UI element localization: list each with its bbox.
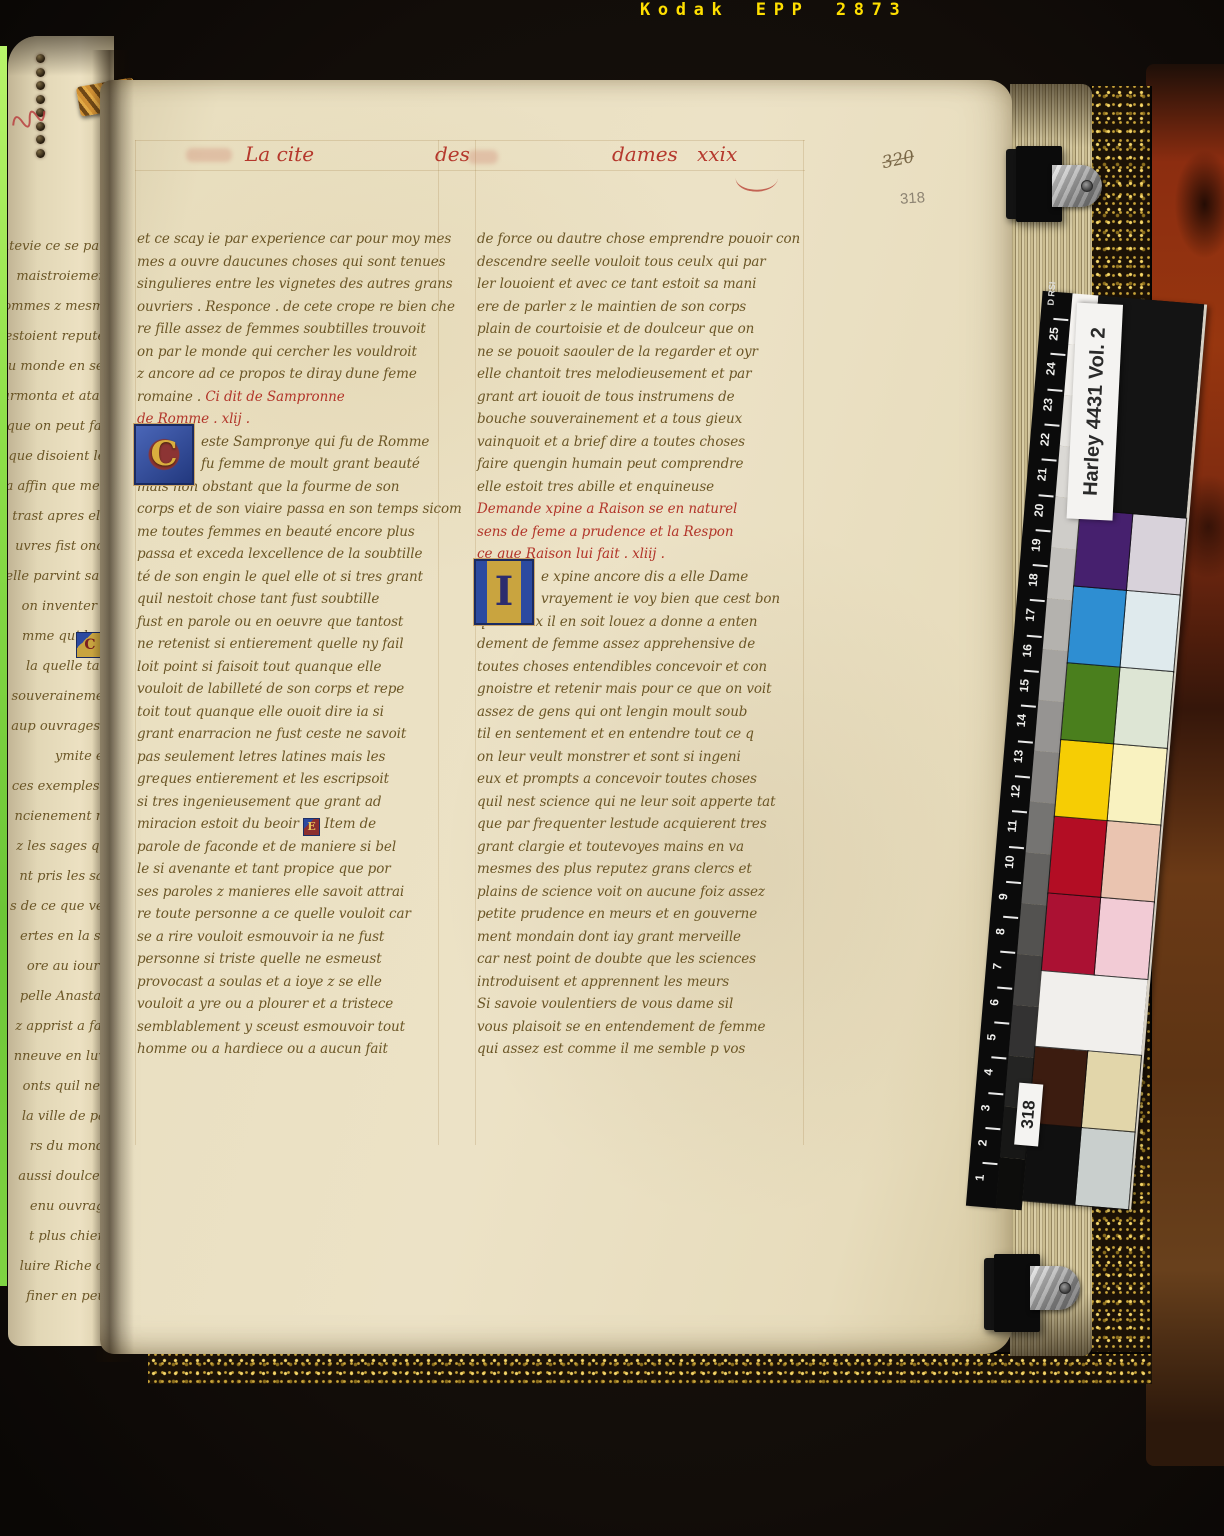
column1-line: le si avenante et tant propice que por bbox=[137, 858, 457, 881]
body-text: faire quengin humain peut comprendre bbox=[477, 456, 743, 472]
column2-line: car nest point de doubte que les science… bbox=[477, 948, 807, 971]
column1-line: ses paroles z manieres elle savoit attra… bbox=[137, 881, 457, 904]
body-text: eux et prompts a concevoir toutes choses bbox=[477, 771, 757, 787]
text-column-2: de force ou dautre chose emprendre pouoi… bbox=[477, 228, 807, 1061]
ruler-number: 14 bbox=[1014, 714, 1029, 728]
body-text: ne retenist si entierement quelle ny fai… bbox=[137, 636, 404, 652]
ruler-number: 16 bbox=[1020, 643, 1035, 657]
column2-line: on leur veult monstrer et sont si ingeni bbox=[477, 746, 807, 769]
patch-purple-saturated bbox=[1074, 510, 1133, 591]
ruler-tick bbox=[1006, 881, 1021, 884]
column1-line: homme ou a hardiece ou a aucun fait bbox=[137, 1038, 457, 1061]
body-text: petite prudence en meurs et en gouverne bbox=[477, 906, 757, 922]
body-text: personne si triste quelle ne esmeust bbox=[137, 951, 382, 967]
ruler-mark: 21 bbox=[1026, 457, 1059, 494]
body-text: se a rire vouloit esmouvoir ia ne fust bbox=[137, 929, 384, 945]
clip-metal-jaw bbox=[1052, 165, 1102, 207]
ruler-mark: 3 bbox=[973, 1091, 1006, 1128]
column2-line: ment mondain dont iay grant merveille bbox=[477, 926, 807, 949]
body-text: ouvriers . Responce . de cete crope re b… bbox=[137, 299, 455, 315]
column1-line: se a rire vouloit esmouvoir ia ne fust bbox=[137, 926, 457, 949]
column1-line: vouloit de labilleté de son corps et rep… bbox=[137, 678, 457, 701]
ruler-number: 21 bbox=[1034, 467, 1049, 481]
patch-magenta-saturated bbox=[1042, 893, 1101, 974]
facing-page-line: mtevie ce se pars bbox=[8, 232, 112, 262]
sewing-hole bbox=[36, 149, 45, 158]
body-text: pas seulement letres latines mais les bbox=[137, 749, 385, 765]
column1-line: grant enarracion ne fust ceste ne savoit bbox=[137, 723, 457, 746]
facing-page-line: trast apres elle bbox=[8, 502, 112, 532]
ruler-mark: 19 bbox=[1020, 528, 1053, 565]
ruler-tick bbox=[1027, 634, 1042, 637]
column1-line: re toute personne a ce quelle vouloit ca… bbox=[137, 903, 457, 926]
gray-step bbox=[996, 1157, 1026, 1210]
column2-line: mesmes des plus reputez grans clercs et bbox=[477, 858, 807, 881]
ruler-tick bbox=[1024, 670, 1039, 673]
column1-line: z ancore ad ce propos te diray dune feme bbox=[137, 363, 457, 386]
facing-page-text: mtevie ce se parsmaistroiementommes z me… bbox=[8, 232, 112, 1312]
body-text: vrayement ie voy bien que cest bon bbox=[541, 591, 780, 607]
column1-line: et ce scay ie par experience car pour mo… bbox=[137, 228, 457, 251]
column2-line: elle chantoit tres melodieusement et par bbox=[477, 363, 807, 386]
ruler-tick bbox=[1000, 951, 1015, 954]
folio-number-struck-out: 320 bbox=[880, 147, 916, 173]
facing-page-line: ertes en la sci bbox=[8, 922, 112, 952]
facing-page-line: ore au iour d bbox=[8, 952, 112, 982]
rubric-text: Demande xpine a Raison se en naturel bbox=[477, 501, 737, 517]
column1-line: semblablement y sceust esmouvoir tout bbox=[137, 1016, 457, 1039]
ruler-mark: 4 bbox=[976, 1055, 1009, 1092]
column2-line: qui assez est comme il me semble p vos bbox=[477, 1038, 807, 1061]
column1-line: toit tout quanque elle ouoit dire ia si bbox=[137, 701, 457, 724]
body-text: si tres ingenieusement que grant ad bbox=[137, 794, 381, 810]
ghost-offset-text bbox=[186, 148, 232, 162]
ruler-mark: 6 bbox=[981, 985, 1014, 1022]
ruler-mark: 23 bbox=[1032, 387, 1065, 424]
body-text: vouloit de labilleté de son corps et rep… bbox=[137, 681, 404, 697]
body-text: plain de courtoisie et de doulceur que o… bbox=[477, 321, 754, 337]
ruler-mark: 18 bbox=[1017, 563, 1050, 600]
facing-page-line: es du monde en sen bbox=[8, 352, 112, 382]
patch-row-black-gray bbox=[1023, 1124, 1135, 1210]
ruler-tick bbox=[991, 1057, 1006, 1060]
ruler-number: 10 bbox=[1002, 854, 1017, 868]
body-text: greques entierement et les escripsoit bbox=[137, 771, 389, 787]
ruler-number: 6 bbox=[987, 998, 1002, 1006]
column1-line: provocast a soulas et a ioye z se elle bbox=[137, 971, 457, 994]
illuminated-initial-I: I bbox=[474, 559, 534, 625]
ruler-tick bbox=[1041, 459, 1056, 462]
ruler-number: 4 bbox=[981, 1068, 996, 1076]
ruler-number: 3 bbox=[978, 1104, 993, 1112]
facing-page-line: ommes z mesme bbox=[8, 292, 112, 322]
ruling-line bbox=[475, 140, 476, 1145]
column1-line: si tres ingenieusement que grant ad bbox=[137, 791, 457, 814]
ruler-mark: 17 bbox=[1014, 598, 1047, 635]
column2-line: petite prudence en meurs et en gouverne bbox=[477, 903, 807, 926]
column1-line: fust en parole ou en oeuvre que tantost bbox=[137, 611, 457, 634]
patch-blue-pale bbox=[1120, 591, 1179, 672]
body-text: mesmes des plus reputez grans clercs et bbox=[477, 861, 752, 877]
ruler-tick bbox=[1033, 564, 1048, 567]
body-text: loit point si faisoit tout quanque elle bbox=[137, 659, 381, 675]
header-flourish bbox=[734, 161, 779, 195]
body-text: assez de gens qui ont lengin moult soub bbox=[477, 704, 747, 720]
patch-yellow-pale bbox=[1108, 744, 1167, 825]
patch-blue-saturated bbox=[1068, 586, 1127, 667]
body-text: ment mondain dont iay grant merveille bbox=[477, 929, 741, 945]
facing-page-line: z apprist a fair bbox=[8, 1012, 112, 1042]
ruler-mark: 5 bbox=[979, 1020, 1012, 1057]
clip-rivet bbox=[1081, 180, 1093, 192]
ruler-tick bbox=[1036, 529, 1051, 532]
ruler-tick bbox=[997, 986, 1012, 989]
running-header-word: dames bbox=[612, 142, 678, 166]
column1-line: passa et exceda lexcellence de la soubti… bbox=[137, 543, 457, 566]
body-text: me toutes femmes en beauté encore plus bbox=[137, 524, 415, 540]
running-header-word: xxix bbox=[697, 142, 737, 166]
body-text: til en sentement et en entendre tout ce … bbox=[477, 726, 754, 742]
ruler-tick bbox=[1018, 740, 1033, 743]
facing-page-line: maistroiement bbox=[8, 262, 112, 292]
ruler-mark: 2 bbox=[970, 1126, 1003, 1163]
body-text: té de son engin le quel elle ot si tres … bbox=[137, 569, 423, 585]
body-text: et ce scay ie par experience car pour mo… bbox=[137, 231, 451, 247]
facing-page-line: aussi doulcem bbox=[8, 1162, 112, 1192]
column2-line: de force ou dautre chose emprendre pouoi… bbox=[477, 228, 807, 251]
column1-line: pas seulement letres latines mais les bbox=[137, 746, 457, 769]
column1-line: re fille assez de femmes soubtilles trou… bbox=[137, 318, 457, 341]
patch-brown-pale bbox=[1082, 1051, 1141, 1132]
column1-line: té de son engin le quel elle ot si tres … bbox=[137, 566, 457, 589]
body-text: plains de science voit on aucune foiz as… bbox=[477, 884, 765, 900]
body-text: on leur veult monstrer et sont si ingeni bbox=[477, 749, 741, 765]
column2-line: dement de femme assez apprehensive de bbox=[477, 633, 807, 656]
column2-line: grant art iouoit de tous instrumens de bbox=[477, 386, 807, 409]
body-text: bouche souverainement et a tous gieux bbox=[477, 411, 742, 427]
body-text: le si avenante et tant propice que por bbox=[137, 861, 391, 877]
ruler-number: 12 bbox=[1008, 784, 1023, 798]
body-text: ses paroles z manieres elle savoit attra… bbox=[137, 884, 404, 900]
patch-green-pale bbox=[1114, 668, 1173, 749]
patch-row-red bbox=[1048, 817, 1160, 903]
column1-line: quil nestoit chose tant fust soubtille bbox=[137, 588, 457, 611]
facing-page-line: ta affin que mem bbox=[8, 472, 112, 502]
column2-line: assez de gens qui ont lengin moult soub bbox=[477, 701, 807, 724]
body-text: re toute personne a ce quelle vouloit ca… bbox=[137, 906, 411, 922]
patch-purple-pale bbox=[1127, 514, 1186, 595]
ruler-number: 1 bbox=[972, 1174, 987, 1182]
facing-page-line: enu ouvrage bbox=[8, 1192, 112, 1222]
ruler-mark: 15 bbox=[1008, 669, 1041, 706]
column2-line: bouche souverainement et a tous gieux bbox=[477, 408, 807, 431]
facing-page-line: la ville de par bbox=[8, 1102, 112, 1132]
folio-number-pencil: 318 bbox=[899, 189, 925, 208]
ghost-offset-text bbox=[468, 150, 498, 164]
ruler-tick bbox=[1053, 318, 1068, 321]
body-text: qui assez est comme il me semble p vos bbox=[477, 1041, 745, 1057]
body-text: elle chantoit tres melodieusement et par bbox=[477, 366, 751, 382]
ruler-mark: 7 bbox=[984, 950, 1017, 987]
body-text: provocast a soulas et a ioye z se elle bbox=[137, 974, 382, 990]
facing-page-line: onts quil nest bbox=[8, 1072, 112, 1102]
bulldog-clip-top bbox=[1006, 146, 1102, 226]
body-text: este Sampronye qui fu de Romme bbox=[201, 434, 429, 450]
body-text: parole de faconde et de maniere si bel bbox=[137, 839, 396, 855]
column1-line: loit point si faisoit tout quanque elle bbox=[137, 656, 457, 679]
column1-line: ne retenist si entierement quelle ny fai… bbox=[137, 633, 457, 656]
ruler-number: 11 bbox=[1005, 819, 1020, 833]
column2-line: sens de feme a prudence et la Respon bbox=[477, 521, 807, 544]
ruler-mark: 10 bbox=[993, 844, 1026, 881]
illuminated-initial-C: C bbox=[134, 424, 194, 485]
ruler-number: 7 bbox=[990, 963, 1005, 971]
ruler-mark: 11 bbox=[996, 809, 1029, 846]
facing-page-line: elle parvint sa fi bbox=[8, 562, 112, 592]
ruler-mark: 25 bbox=[1038, 317, 1071, 354]
body-text: quil nestoit chose tant fust soubtille bbox=[137, 591, 379, 607]
facing-page-line: que disoient les bbox=[8, 442, 112, 472]
body-text: grant enarracion ne fust ceste ne savoit bbox=[137, 726, 406, 742]
column1-line: vouloit a yre ou a plourer et a tristece bbox=[137, 993, 457, 1016]
body-text: elle estoit tres abille et enquineuse bbox=[477, 479, 714, 495]
column1-line: personne si triste quelle ne esmeust bbox=[137, 948, 457, 971]
text-column-1: et ce scay ie par experience car pour mo… bbox=[137, 228, 457, 1061]
patch-yellow-saturated bbox=[1055, 740, 1114, 821]
column2-line: quil nest science qui ne leur soit apper… bbox=[477, 791, 807, 814]
ruler-tick bbox=[1015, 775, 1030, 778]
facing-page-line: ymite en bbox=[8, 742, 112, 772]
column2-line: introduisent et apprennent les meurs bbox=[477, 971, 807, 994]
ruler-tick bbox=[1012, 810, 1027, 813]
ruler-number: 24 bbox=[1043, 362, 1058, 376]
rubric-text: Ci dit de Sampronne bbox=[205, 389, 344, 405]
patch-row-magenta bbox=[1042, 893, 1154, 979]
film-edge-green-strip bbox=[0, 46, 7, 1286]
ruler-tick bbox=[1044, 423, 1059, 426]
facing-page-line: que on peut fair bbox=[8, 412, 112, 442]
facing-page-line: nt pris les sag bbox=[8, 862, 112, 892]
ruler-number: 8 bbox=[993, 928, 1008, 936]
body-text: dement de femme assez apprehensive de bbox=[477, 636, 755, 652]
running-header-word: des bbox=[435, 142, 470, 166]
body-text: ler louoient et avec ce tant estoit sa m… bbox=[477, 276, 756, 292]
ruler-number: 2 bbox=[975, 1139, 990, 1147]
body-text: de force ou dautre chose emprendre pouoi… bbox=[477, 231, 800, 247]
body-text: introduisent et apprennent les meurs bbox=[477, 974, 729, 990]
column2-line: Demande xpine a Raison se en naturel bbox=[477, 498, 807, 521]
body-text: toit tout quanque elle ouoit dire ia si bbox=[137, 704, 384, 720]
column2-line: plain de courtoisie et de doulceur que o… bbox=[477, 318, 807, 341]
facing-page-line: ces exemples p bbox=[8, 772, 112, 802]
ruler-mark: 9 bbox=[990, 880, 1023, 917]
facing-page-line: surmonta et ataig bbox=[8, 382, 112, 412]
column2-line: faire quengin humain peut comprendre bbox=[477, 453, 807, 476]
ruler-number: 23 bbox=[1040, 397, 1055, 411]
body-text: homme ou a hardiece ou a aucun fait bbox=[137, 1041, 388, 1057]
rubric-text: sens de feme a prudence et la Respon bbox=[477, 524, 733, 540]
column2-line: ere de parler z le maintien de son corps bbox=[477, 296, 807, 319]
column1-line: ouvriers . Responce . de cete crope re b… bbox=[137, 296, 457, 319]
facing-page-line: pelle Anastais bbox=[8, 982, 112, 1012]
body-text: corps et de son viaire passa en son temp… bbox=[137, 501, 462, 517]
body-text: passa et exceda lexcellence de la soubti… bbox=[137, 546, 422, 562]
ruler-number: 22 bbox=[1037, 432, 1052, 446]
column2-line: toutes choses entendibles concevoir et c… bbox=[477, 656, 807, 679]
inline-initial: E bbox=[303, 818, 320, 836]
facing-page-line: uvres fist oncq bbox=[8, 532, 112, 562]
body-text: vainquoit et a brief dire a toutes chose… bbox=[477, 434, 745, 450]
patch-row-green bbox=[1061, 663, 1173, 749]
column1-line: singulieres entre les vignetes des autre… bbox=[137, 273, 457, 296]
facing-page-line: ncienement no bbox=[8, 802, 112, 832]
patch-red-saturated bbox=[1048, 817, 1107, 898]
body-text: romaine . bbox=[137, 389, 205, 405]
ruler-number: 25 bbox=[1046, 327, 1061, 341]
column1-line: romaine . Ci dit de Sampronne bbox=[137, 386, 457, 409]
facing-page-line: on inventer si bbox=[8, 592, 112, 622]
ruler-tick bbox=[994, 1021, 1009, 1024]
ruler-number: 9 bbox=[996, 893, 1011, 901]
manuscript-page-recto: La cite des dames xxix 320 318 et ce sca… bbox=[100, 80, 1012, 1354]
body-text: ere de parler z le maintien de son corps bbox=[477, 299, 746, 315]
ruler-tick bbox=[1003, 916, 1018, 919]
sewing-hole bbox=[36, 54, 45, 63]
ruler-tick bbox=[1021, 705, 1036, 708]
facing-page-line: souverainemen bbox=[8, 682, 112, 712]
body-text: re fille assez de femmes soubtilles trou… bbox=[137, 321, 426, 337]
ruling-line bbox=[135, 140, 805, 141]
patch-black-gray-pale bbox=[1075, 1128, 1134, 1209]
column1-line: greques entierement et les escripsoit bbox=[137, 768, 457, 791]
ruler-end-label: D RSI bbox=[1046, 281, 1058, 306]
column2-line: Si savoie voulentiers de vous dame sil bbox=[477, 993, 807, 1016]
patch-row-brown bbox=[1029, 1047, 1141, 1133]
body-text: e xpine ancore dis a elle Dame bbox=[541, 569, 748, 585]
body-text: singulieres entre les vignetes des autre… bbox=[137, 276, 453, 292]
facing-page-line: t plus chier l bbox=[8, 1222, 112, 1252]
body-text: grant clargie et toutevoyes mains en va bbox=[477, 839, 744, 855]
column2-line: vainquoit et a brief dire a toutes chose… bbox=[477, 431, 807, 454]
facing-page-line: finer en peur bbox=[8, 1282, 112, 1312]
column1-line: parole de faconde et de maniere si bel bbox=[137, 836, 457, 859]
column2-line: grant clargie et toutevoyes mains en va bbox=[477, 836, 807, 859]
column2-line: plains de science voit on aucune foiz as… bbox=[477, 881, 807, 904]
body-text: fust en parole ou en oeuvre que tantost bbox=[137, 614, 403, 630]
body-text: fu femme de moult grant beauté bbox=[201, 456, 420, 472]
column1-line: mes a ouvre daucunes choses qui sont ten… bbox=[137, 251, 457, 274]
bulldog-clip-bottom bbox=[984, 1254, 1080, 1336]
gilt-tooled-edge-bottom bbox=[148, 1352, 1152, 1384]
ruler-tick bbox=[1039, 494, 1054, 497]
sewing-hole bbox=[36, 81, 45, 90]
patch-row-purple bbox=[1074, 510, 1186, 596]
column2-line: ne se pouoit saouler de la regarder et o… bbox=[477, 341, 807, 364]
facing-page-line: aup ouvrages o bbox=[8, 712, 112, 742]
body-text: descendre seelle vouloit tous ceulx qui … bbox=[477, 254, 766, 270]
ruler-mark: 8 bbox=[987, 915, 1020, 952]
ruler-tick bbox=[982, 1162, 997, 1165]
column2-line: eux et prompts a concevoir toutes choses bbox=[477, 768, 807, 791]
ruler-tick bbox=[1009, 845, 1024, 848]
ruler-tick bbox=[1047, 388, 1062, 391]
ruler-number: 15 bbox=[1017, 678, 1032, 692]
facing-page-sliver: mtevie ce se parsmaistroiementommes z me… bbox=[8, 36, 114, 1346]
body-text: ne se pouoit saouler de la regarder et o… bbox=[477, 344, 758, 360]
ruler-number: 17 bbox=[1023, 608, 1038, 622]
column2-line: gnoistre et retenir mais pour ce que on … bbox=[477, 678, 807, 701]
ruler-tick bbox=[988, 1092, 1003, 1095]
ruler-number: 20 bbox=[1032, 503, 1047, 517]
body-text: Item de bbox=[320, 816, 376, 832]
body-text: on par le monde qui cercher les vouldroi… bbox=[137, 344, 417, 360]
ruler-tick bbox=[1050, 353, 1065, 356]
facing-page-line: estoient reputez bbox=[8, 322, 112, 352]
column1-line: on par le monde qui cercher les vouldroi… bbox=[137, 341, 457, 364]
sewing-hole bbox=[36, 68, 45, 77]
facing-page-line: nneuve en luvr bbox=[8, 1042, 112, 1072]
body-text: toutes choses entendibles concevoir et c… bbox=[477, 659, 767, 675]
column2-line: elle estoit tres abille et enquineuse bbox=[477, 476, 807, 499]
ruler-mark: 14 bbox=[1005, 704, 1038, 741]
patch-row-blue bbox=[1068, 586, 1180, 672]
column2-line: descendre seelle vouloit tous ceulx qui … bbox=[477, 251, 807, 274]
body-text: quil nest science qui ne leur soit apper… bbox=[477, 794, 775, 810]
page-top-shadow bbox=[8, 36, 114, 76]
patch-row-yellow bbox=[1055, 740, 1167, 826]
ruler-mark: 20 bbox=[1023, 493, 1056, 530]
body-text: que par frequenter lestude acquierent tr… bbox=[477, 816, 767, 832]
body-text: vous plaisoit se en entendement de femme bbox=[477, 1019, 765, 1035]
ruling-line bbox=[135, 170, 805, 171]
facing-page-line: s de ce que veu bbox=[8, 892, 112, 922]
ruler-number: 13 bbox=[1011, 749, 1026, 763]
ruler-mark: 13 bbox=[1002, 739, 1035, 776]
body-text: gnoistre et retenir mais pour ce que on … bbox=[477, 681, 771, 697]
ruler-number: 5 bbox=[984, 1033, 999, 1041]
ruler-tick bbox=[1030, 599, 1045, 602]
clip-rivet bbox=[1059, 1282, 1071, 1294]
body-text: Si savoie voulentiers de vous dame sil bbox=[477, 996, 733, 1012]
ruling-line bbox=[135, 140, 136, 1145]
column1-line: miracion estoit du beoir E Item de bbox=[137, 813, 457, 836]
film-frame-label: Kodak EPP 2873 bbox=[640, 0, 907, 20]
ruler-mark: 12 bbox=[999, 774, 1032, 811]
manuscript-photograph: Kodak EPP 2873 mtevie ce se parsmaistroi… bbox=[0, 0, 1224, 1536]
patch-row-white bbox=[1035, 970, 1147, 1056]
body-text: mes a ouvre daucunes choses qui sont ten… bbox=[137, 254, 445, 270]
ruler-mark: 22 bbox=[1029, 422, 1062, 459]
column2-line: til en sentement et en entendre tout ce … bbox=[477, 723, 807, 746]
column1-line: corps et de son viaire passa en son temp… bbox=[137, 498, 457, 521]
facing-page-line: luire Riche ou bbox=[8, 1252, 112, 1282]
facing-page-line: z les sages qui bbox=[8, 832, 112, 862]
patch-red-pale bbox=[1101, 821, 1160, 902]
patch-green-saturated bbox=[1061, 663, 1120, 744]
patch-magenta-pale bbox=[1095, 898, 1154, 979]
column2-line: ler louoient et avec ce tant estoit sa m… bbox=[477, 273, 807, 296]
body-text: z ancore ad ce propos te diray dune feme bbox=[137, 366, 417, 382]
column2-line: que par frequenter lestude acquierent tr… bbox=[477, 813, 807, 836]
ruler-number: 19 bbox=[1029, 538, 1044, 552]
ruler-mark: 16 bbox=[1011, 633, 1044, 670]
column2-line: vous plaisoit se en entendement de femme bbox=[477, 1016, 807, 1039]
body-text: miracion estoit du beoir bbox=[137, 816, 303, 832]
ruler-mark: 1 bbox=[967, 1161, 1000, 1198]
body-text: grant art iouoit de tous instrumens de bbox=[477, 389, 735, 405]
facing-page-line: rs du monde bbox=[8, 1132, 112, 1162]
ruler-mark: 24 bbox=[1035, 352, 1068, 389]
